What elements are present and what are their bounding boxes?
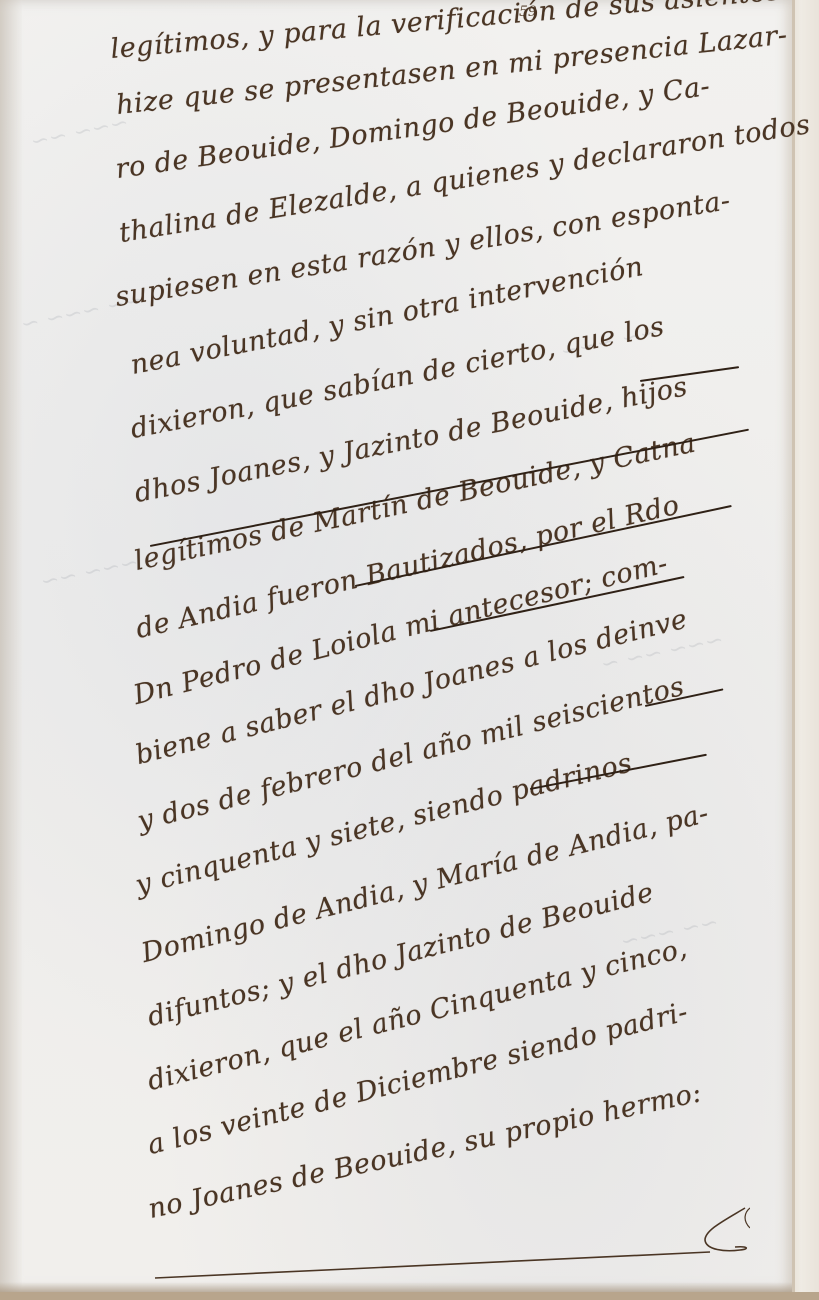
closing-flourish [150,1170,750,1290]
manuscript-line-7: dixieron, que sabían de cierto, que los [128,311,667,445]
bleed-through-mark: ~~~ ~~ [38,550,140,595]
binding-edge [0,0,22,1292]
underlying-page-bottom-edge [0,1292,819,1300]
sheet-bottom-edge [0,1282,792,1292]
bleed-through-mark: ~~~ ~~ [28,110,130,155]
manuscript-sheet: ~~~ ~~ ~~ ~~~ ~ ~~~ ~~ ~~ ~~~ ~~~ ~~ ~ ~… [0,0,795,1292]
manuscript-scan: ~~~ ~~ ~~ ~~~ ~ ~~~ ~~ ~~ ~~~ ~~~ ~~ ~ ~… [0,0,819,1300]
ink-underline [640,366,739,382]
